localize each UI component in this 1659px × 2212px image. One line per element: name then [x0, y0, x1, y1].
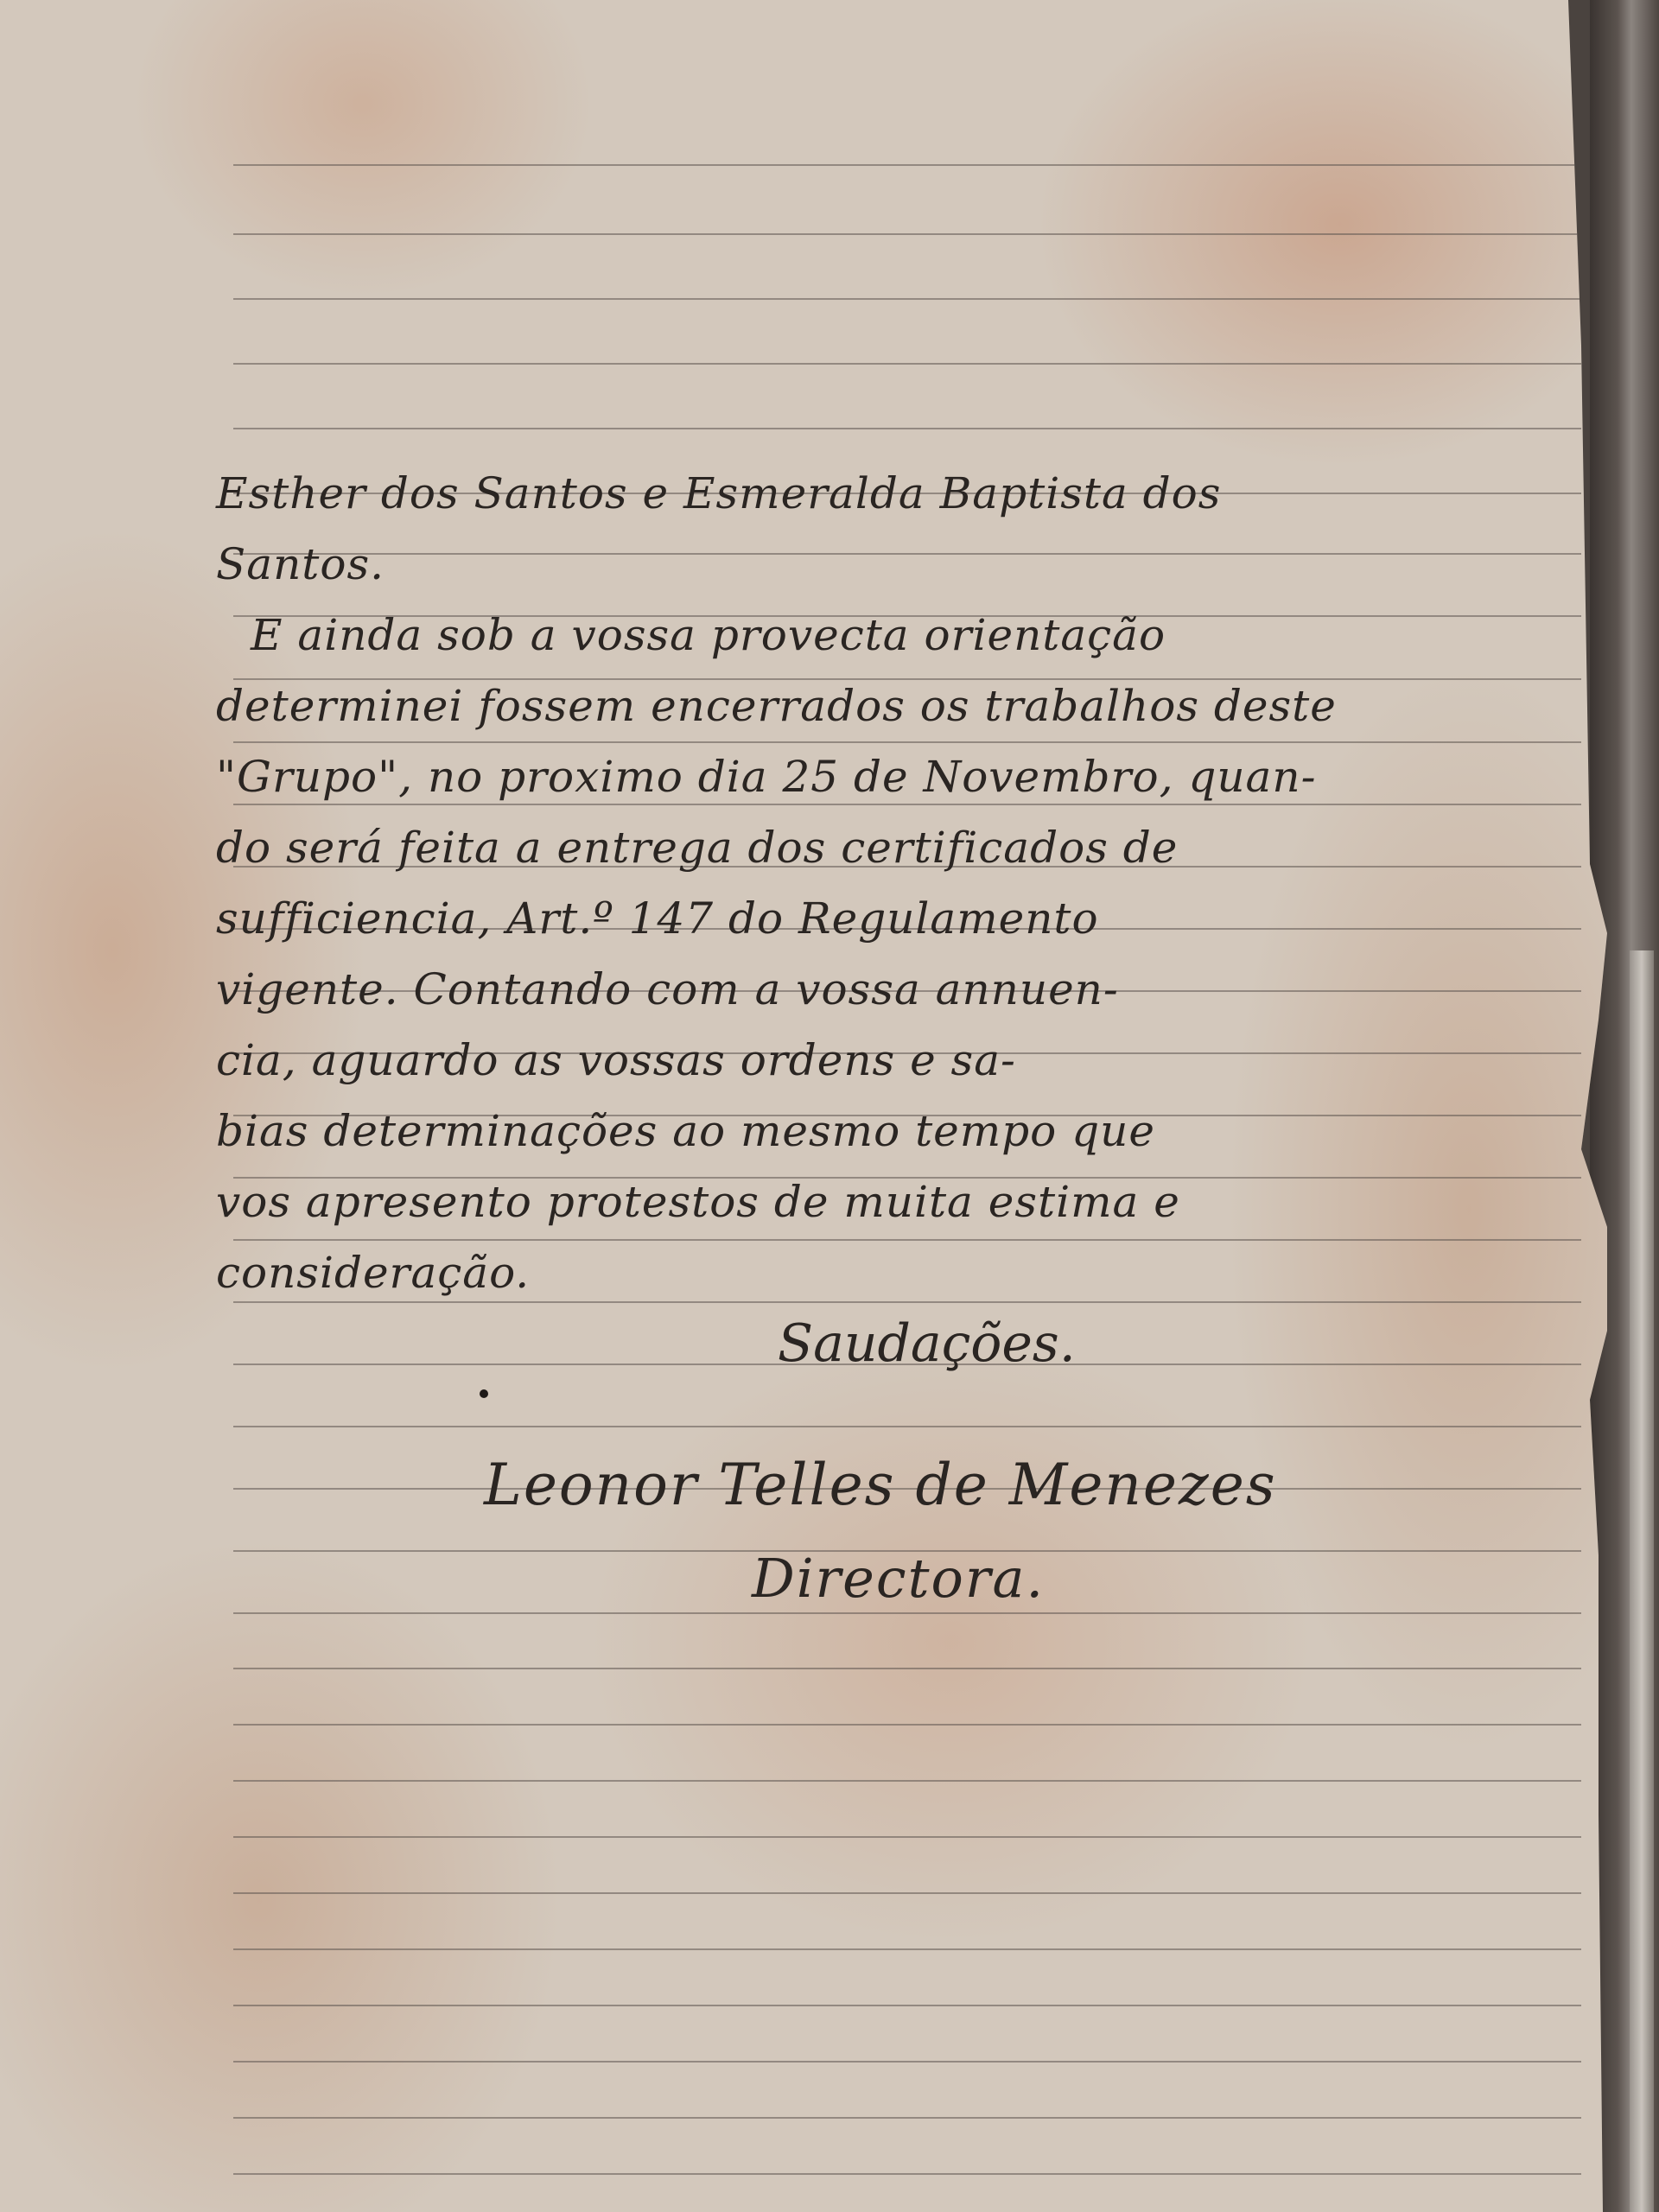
body-line: do será feita a entrega dos certificados… — [216, 812, 1599, 883]
body-line: "Grupo", no proximo dia 25 de Novembro, … — [216, 741, 1599, 812]
ruled-line — [233, 363, 1581, 365]
binding-edge — [1630, 950, 1654, 2212]
ruled-line — [233, 2061, 1581, 2063]
ruled-line — [233, 1892, 1581, 1894]
body-line: cia, aguardo as vossas ordens e sa- — [216, 1025, 1599, 1096]
ruled-line — [233, 1948, 1581, 1950]
body-line: vigente. Contando com a vossa annuen- — [216, 954, 1599, 1025]
body-line: bias determinações ao mesmo tempo que — [216, 1096, 1599, 1166]
body-line: sufficiencia, Art.º 147 do Regulamento — [216, 883, 1599, 954]
ruled-line — [233, 1780, 1581, 1782]
ruled-line — [233, 428, 1581, 429]
ruled-line — [233, 1612, 1581, 1614]
ruled-line — [233, 2173, 1581, 2175]
ruled-line — [233, 1836, 1581, 1838]
closing-salutation: Saudações. — [778, 1313, 1076, 1374]
letter-body: Esther dos Santos e Esmeralda Baptista d… — [216, 458, 1599, 1308]
ruled-line — [233, 164, 1581, 166]
body-line: consideração. — [216, 1237, 1599, 1308]
body-line: Esther dos Santos e Esmeralda Baptista d… — [216, 458, 1599, 529]
ink-dot — [480, 1389, 488, 1398]
body-line: vos apresento protestos de muita estima … — [216, 1166, 1599, 1237]
body-line: determinei fossem encerrados os trabalho… — [216, 671, 1599, 741]
ruled-line — [233, 1426, 1581, 1427]
body-line: E ainda sob a vossa provecta orientação — [216, 600, 1599, 671]
signatory-title: Directora. — [752, 1547, 1045, 1610]
book-binding — [1590, 0, 1659, 2212]
ruled-line — [233, 233, 1581, 235]
ruled-line — [233, 2117, 1581, 2119]
ruled-line — [233, 298, 1581, 300]
ruled-line — [233, 1668, 1581, 1669]
ruled-line — [233, 2005, 1581, 2006]
letter-page: Esther dos Santos e Esmeralda Baptista d… — [0, 0, 1607, 2212]
body-line: Santos. — [216, 529, 1599, 600]
signature: Leonor Telles de Menezes — [484, 1452, 1277, 1518]
ruled-line — [233, 1724, 1581, 1726]
